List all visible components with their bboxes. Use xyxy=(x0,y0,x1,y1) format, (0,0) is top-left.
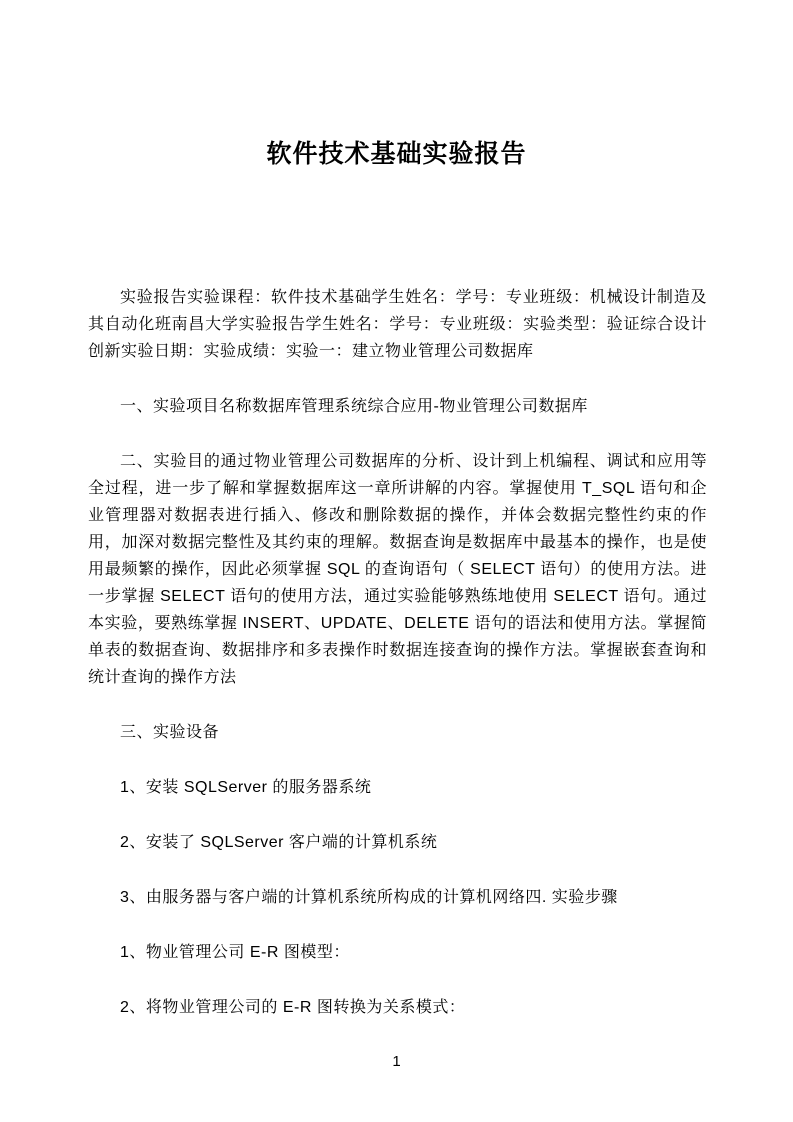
equipment-item-3: 3、由服务器与客户端的计算机系统所构成的计算机网络四. 实验步骤 xyxy=(88,884,707,911)
document-body: 实验报告实验课程：软件技术基础学生姓名：学号：专业班级：机械设计制造及其自动化班… xyxy=(88,284,707,1021)
step-item-2: 2、将物业管理公司的 E-R 图转换为关系模式： xyxy=(88,994,707,1021)
section-2-objective-paragraph: 二、实验目的通过物业管理公司数据库的分析、设计到上机编程、调试和应用等全过程，进… xyxy=(88,448,707,691)
section-3-heading: 三、实验设备 xyxy=(88,719,707,746)
document-page: 软件技术基础实验报告 实验报告实验课程：软件技术基础学生姓名：学号：专业班级：机… xyxy=(0,0,793,1122)
equipment-item-1: 1、安装 SQLServer 的服务器系统 xyxy=(88,774,707,801)
intro-paragraph: 实验报告实验课程：软件技术基础学生姓名：学号：专业班级：机械设计制造及其自动化班… xyxy=(88,284,707,365)
step-item-1: 1、物业管理公司 E-R 图模型： xyxy=(88,939,707,966)
page-number: 1 xyxy=(0,1052,793,1072)
equipment-item-2: 2、安装了 SQLServer 客户端的计算机系统 xyxy=(88,829,707,856)
section-1-heading: 一、实验项目名称数据库管理系统综合应用-物业管理公司数据库 xyxy=(88,393,707,420)
document-title: 软件技术基础实验报告 xyxy=(0,0,793,168)
